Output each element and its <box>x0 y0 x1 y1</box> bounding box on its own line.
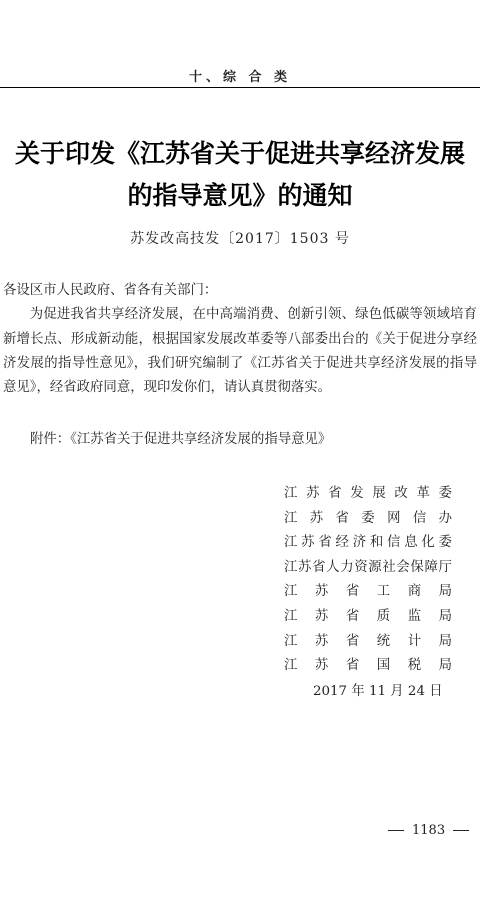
signatory-char: 质 <box>377 605 390 630</box>
signatory-char: 发 <box>350 482 363 507</box>
page-number: 1183 <box>388 823 469 838</box>
signatory-char: 信 <box>413 507 426 532</box>
signatory-row: 江苏省经济和信息化委 <box>284 531 452 556</box>
title-line-2: 的指导意见》的通知 <box>0 175 480 217</box>
signatory-char: 省 <box>346 605 359 630</box>
signatory-char: 江 <box>284 605 297 630</box>
signatory-char: 江 <box>284 580 297 605</box>
signatory-char: 省 <box>312 556 325 581</box>
signatory-char: 局 <box>439 580 452 605</box>
signatory-char: 江 <box>284 482 297 507</box>
signatory-char: 江 <box>284 556 297 581</box>
signatory-row: 江苏省人力资源社会保障厅 <box>284 556 452 581</box>
signatory-char: 工 <box>377 580 390 605</box>
signatory-row: 江苏省发展改革委 <box>284 482 452 507</box>
signatory-char: 委 <box>361 507 374 532</box>
signatory-row: 江苏省国税局 <box>284 654 452 679</box>
signatory-char: 会 <box>396 556 409 581</box>
signatory-char: 息 <box>404 531 417 556</box>
section-header: 十、综 合 类 <box>0 66 480 85</box>
signatory-char: 省 <box>346 630 359 655</box>
signatory-row: 江苏省统计局 <box>284 630 452 655</box>
body-paragraph: 为促进我省共享经济发展，在中高端消费、创新引领、绿色低碳等领域培育新增长点、形成… <box>3 303 477 400</box>
signatory-char: 江 <box>284 507 297 532</box>
header-rule <box>0 87 480 88</box>
document-title: 关于印发《江苏省关于促进共享经济发展 的指导意见》的通知 <box>0 133 480 217</box>
signatory-char: 省 <box>318 531 331 556</box>
signatory-char: 革 <box>416 482 429 507</box>
signatory-char: 统 <box>377 630 390 655</box>
signatory-char: 委 <box>439 482 452 507</box>
signatory-char: 计 <box>408 630 421 655</box>
signatory-char: 苏 <box>306 482 319 507</box>
signatory-char: 省 <box>346 654 359 679</box>
page-number-text: 1183 <box>412 823 445 838</box>
signatory-char: 办 <box>439 507 452 532</box>
attachment-line: 附件：《江苏省关于促进共享经济发展的指导意见》 <box>30 428 331 447</box>
signatory-char: 省 <box>328 482 341 507</box>
signatory-char: 厅 <box>439 556 452 581</box>
title-line-1: 关于印发《江苏省关于促进共享经济发展 <box>0 133 480 175</box>
signatory-char: 展 <box>372 482 385 507</box>
signatory-char: 苏 <box>315 630 328 655</box>
signatory-char: 局 <box>439 654 452 679</box>
signatory-char: 苏 <box>310 507 323 532</box>
signatory-char: 源 <box>368 556 381 581</box>
signatory-char: 税 <box>408 654 421 679</box>
signatory-char: 局 <box>439 605 452 630</box>
signatory-char: 苏 <box>298 556 311 581</box>
signatory-char: 和 <box>370 531 383 556</box>
signatory-row: 江苏省委网信办 <box>284 507 452 532</box>
signatory-char: 网 <box>387 507 400 532</box>
signatory-char: 障 <box>424 556 437 581</box>
issue-date: 2017 年 11 月 24 日 <box>313 680 443 699</box>
signatory-char: 省 <box>346 580 359 605</box>
signatory-char: 化 <box>421 531 434 556</box>
signatory-char: 苏 <box>315 654 328 679</box>
signatory-char: 江 <box>284 630 297 655</box>
dash-right <box>453 830 469 831</box>
signatory-char: 监 <box>408 605 421 630</box>
signatory-char: 省 <box>336 507 349 532</box>
signatory-char: 江 <box>284 531 297 556</box>
signatory-row: 江苏省质监局 <box>284 605 452 630</box>
signatory-char: 商 <box>408 580 421 605</box>
body-text: 各设区市人民政府、省各有关部门： 为促进我省共享经济发展，在中高端消费、创新引领… <box>3 279 477 400</box>
signatory-row: 江苏省工商局 <box>284 580 452 605</box>
signatories-block: 江苏省发展改革委江苏省委网信办江苏省经济和信息化委江苏省人力资源社会保障厅江苏省… <box>284 482 452 679</box>
signatory-char: 改 <box>394 482 407 507</box>
signatory-char: 苏 <box>301 531 314 556</box>
signatory-char: 苏 <box>315 605 328 630</box>
signatory-char: 国 <box>377 654 390 679</box>
signatory-char: 委 <box>439 531 452 556</box>
dash-left <box>388 830 404 831</box>
signatory-char: 力 <box>340 556 353 581</box>
signatory-char: 苏 <box>315 580 328 605</box>
salutation: 各设区市人民政府、省各有关部门： <box>3 279 477 303</box>
signatory-char: 资 <box>354 556 367 581</box>
signatory-char: 人 <box>326 556 339 581</box>
signatory-char: 经 <box>336 531 349 556</box>
signatory-char: 保 <box>410 556 423 581</box>
signatory-char: 信 <box>387 531 400 556</box>
signatory-char: 局 <box>439 630 452 655</box>
signatory-char: 社 <box>382 556 395 581</box>
signatory-char: 江 <box>284 654 297 679</box>
document-number: 苏发改高技发〔2017〕1503 号 <box>0 228 480 248</box>
signatory-char: 济 <box>353 531 366 556</box>
